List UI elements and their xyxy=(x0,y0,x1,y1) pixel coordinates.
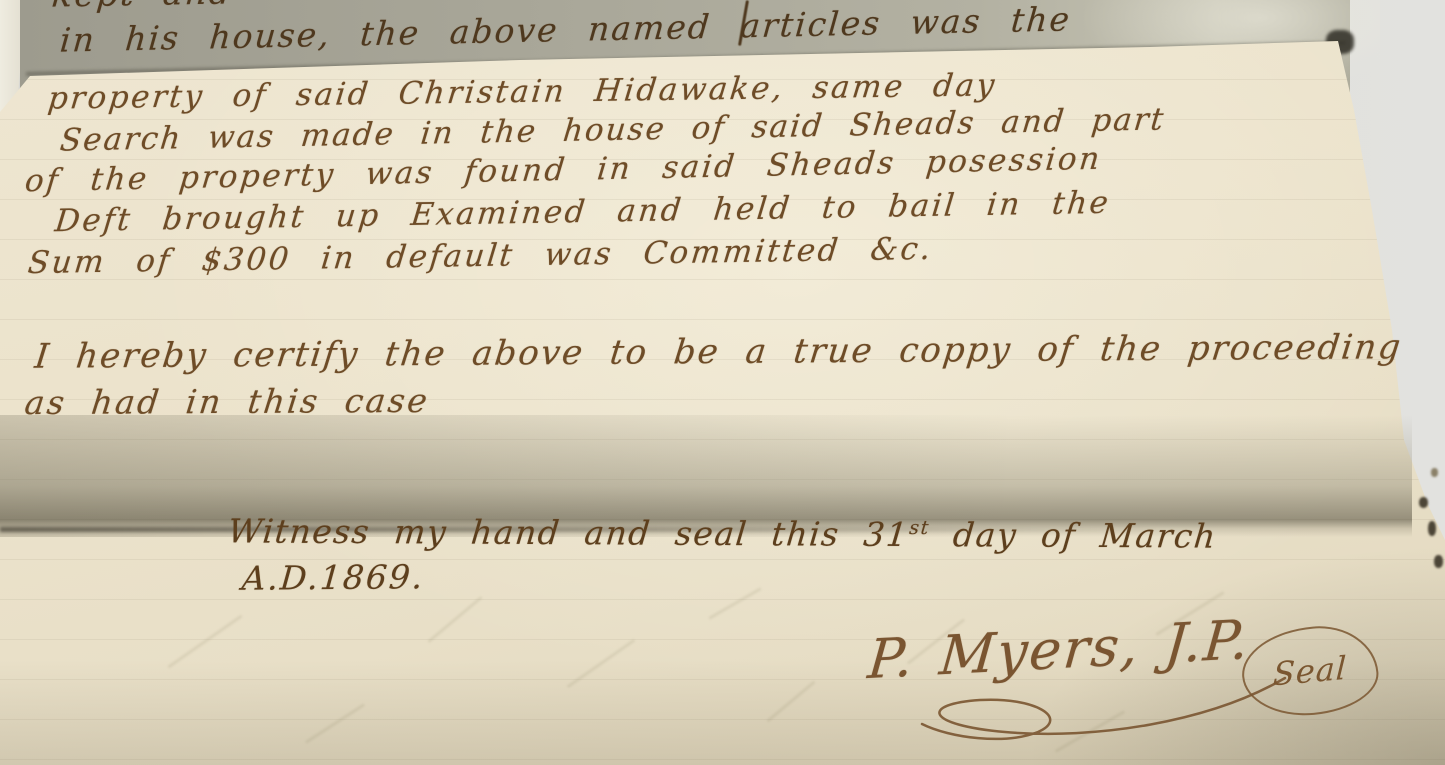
document-photo: kept and in his house, the above named a… xyxy=(0,0,1445,765)
signature-flourish xyxy=(880,660,1300,750)
torn-edge-speck xyxy=(1434,555,1443,568)
certification-line-2: as had in this case xyxy=(23,381,432,422)
seal-label: Seal xyxy=(1272,649,1348,694)
ordinal-superscript: st xyxy=(908,516,931,539)
witness-line-text: day of March xyxy=(927,515,1218,555)
witness-line: Witness my hand and seal this 31st day o… xyxy=(226,511,1218,555)
torn-edge-speck xyxy=(1419,497,1428,508)
date-line: A.D.1869. xyxy=(240,557,426,598)
torn-edge-speck xyxy=(1428,521,1436,536)
torn-edge-speck xyxy=(1431,468,1438,477)
witness-line-text: Witness my hand and seal this 31 xyxy=(226,511,910,554)
